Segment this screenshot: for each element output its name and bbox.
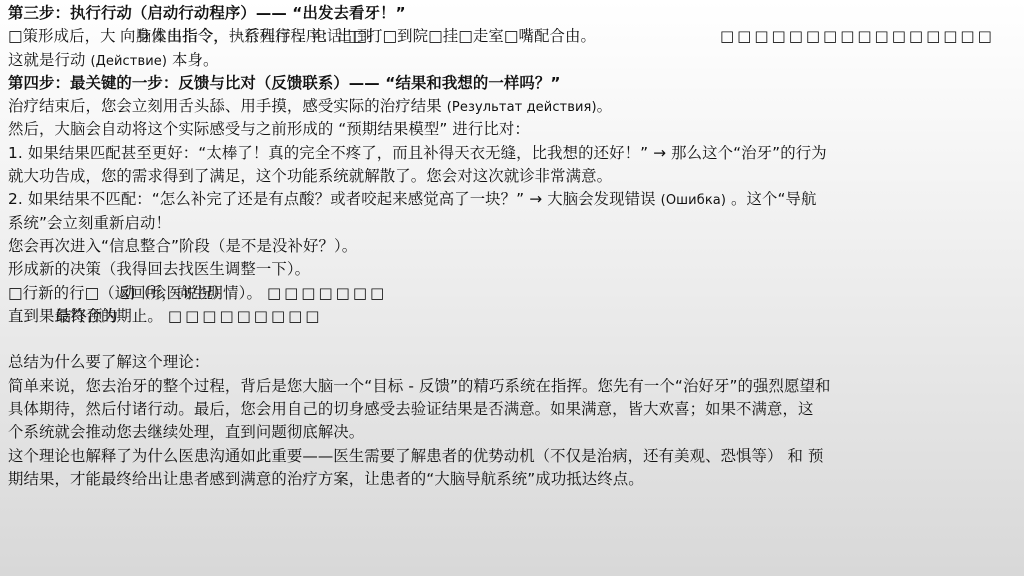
step3-line2-overlay-b: 脑发出指令，执行程序 ：电话□到 xyxy=(136,25,373,48)
step3-action-description: □策形成后，大向身体由指令，一系列行程序：出□打□到院□挂□走室□嘴配合由。脑发… xyxy=(8,25,1018,48)
case1-line-a: 1. 如果结果匹配甚至更好：“太棒了！真的完全不疼了，而且补得天衣无缝，比我想的… xyxy=(8,142,1018,165)
step3-summary-line: 这就是行动 (Действие) 本身。 xyxy=(8,49,1018,72)
case1-line-b: 就大功告成，您的需求得到了满足，这个功能系统就解散了。您会对这次就诊非常满意。 xyxy=(8,165,1018,188)
until-line: 直到果最符合的期止。结终预为 □□□□□□□□□ xyxy=(8,305,1018,328)
summary-p1-b: 具体期待，然后付诸行动。最后，您会用自己的切身感受去验证结果是否满意。如果满意，… xyxy=(8,398,1018,421)
step3-russian-term: (Действие) xyxy=(90,54,167,69)
case2-line-a: 2. 如果结果不匹配：“怎么补完了还是有点酸？或者咬起来感觉高了一块？” → 大… xyxy=(8,188,1018,211)
step4-line2: 然后，大脑会自动将这个实际感受与之前形成的 “预期结果模型” 进行比对： xyxy=(8,118,1018,141)
case2-line-b: 系统”会立刻重新启动！ xyxy=(8,212,1018,235)
step3-heading: 第三步：执行行动（启动行动程序）—— “出发去看牙！” xyxy=(8,2,1018,25)
reenter-line: 您会再次进入“信息整合”阶段（是不是没补好？）。 xyxy=(8,235,1018,258)
garbled-text: □行新的行□（返回所，向生明情）。动（诊医说况） xyxy=(8,282,262,305)
summary-p2-b: 期结果，才能最终给出让患者感到满意的治疗方案，让患者的“大脑导航系统”成功抵达终… xyxy=(8,468,1018,491)
step4-line1-text: 治疗结束后，您会立刻用舌头舔、用手摸，感受实际的治疗结果 xyxy=(8,97,442,115)
garbled-text: 直到果最符合的期止。结终预为 xyxy=(8,305,163,328)
new-action-overlay: 动（诊医说况） xyxy=(120,282,228,305)
until-overlay: 结终预为 xyxy=(56,305,118,328)
case2-russian-term: (Ошибка) xyxy=(661,193,726,208)
summary-p2-a: 这个理论也解释了为什么医患沟通如此重要——医生需要了解患者的优势动机（不仅是治病… xyxy=(8,445,1018,468)
slide-content: 第三步：执行行动（启动行动程序）—— “出发去看牙！” □策形成后，大向身体由指… xyxy=(8,2,1018,491)
summary-heading: 总结为什么要了解这个理论： xyxy=(8,351,1018,374)
step4-russian-term: (Результат действия) xyxy=(447,100,597,115)
case2-text: 2. 如果结果不匹配：“怎么补完了还是有点酸？或者咬起来感觉高了一块？” → 大… xyxy=(8,190,656,208)
missing-glyph-boxes: □□□□□□□□□ xyxy=(168,307,323,325)
step3-line2-base: □策形成后，大 xyxy=(8,27,116,45)
summary-p1-a: 简单来说，您去治牙的整个过程，背后是您大脑一个“目标 - 反馈”的精巧系统在指挥… xyxy=(8,375,1018,398)
missing-glyph-boxes: □□□□□□□ xyxy=(267,284,387,302)
case2-tail: 。这个“导航 xyxy=(731,190,817,208)
step3-tail: 本身。 xyxy=(172,51,218,69)
step4-heading: 第四步：最关键的一步：反馈与比对（反馈联系）—— “结果和我想的一样吗？” xyxy=(8,72,1018,95)
summary-p1-c: 个系统就会推动您去继续处理，直到问题彻底解决。 xyxy=(8,421,1018,444)
step3-action-label: 这就是行动 xyxy=(8,51,85,69)
new-decision-line: 形成新的决策（我得回去找医生调整一下）。 xyxy=(8,258,1018,281)
missing-glyph-boxes: □□□□□□□□□□□□□□□□ xyxy=(720,25,995,48)
new-action-line: □行新的行□（返回所，向生明情）。动（诊医说况） □□□□□□□ xyxy=(8,282,1018,305)
step4-line1-tail: 。 xyxy=(597,97,613,115)
spacer xyxy=(8,328,1018,351)
garbled-text: □策形成后，大向身体由指令，一系列行程序：出□打□到院□挂□走室□嘴配合由。脑发… xyxy=(8,25,116,48)
step4-line1: 治疗结束后，您会立刻用舌头舔、用手摸，感受实际的治疗结果 (Результат … xyxy=(8,95,1018,118)
